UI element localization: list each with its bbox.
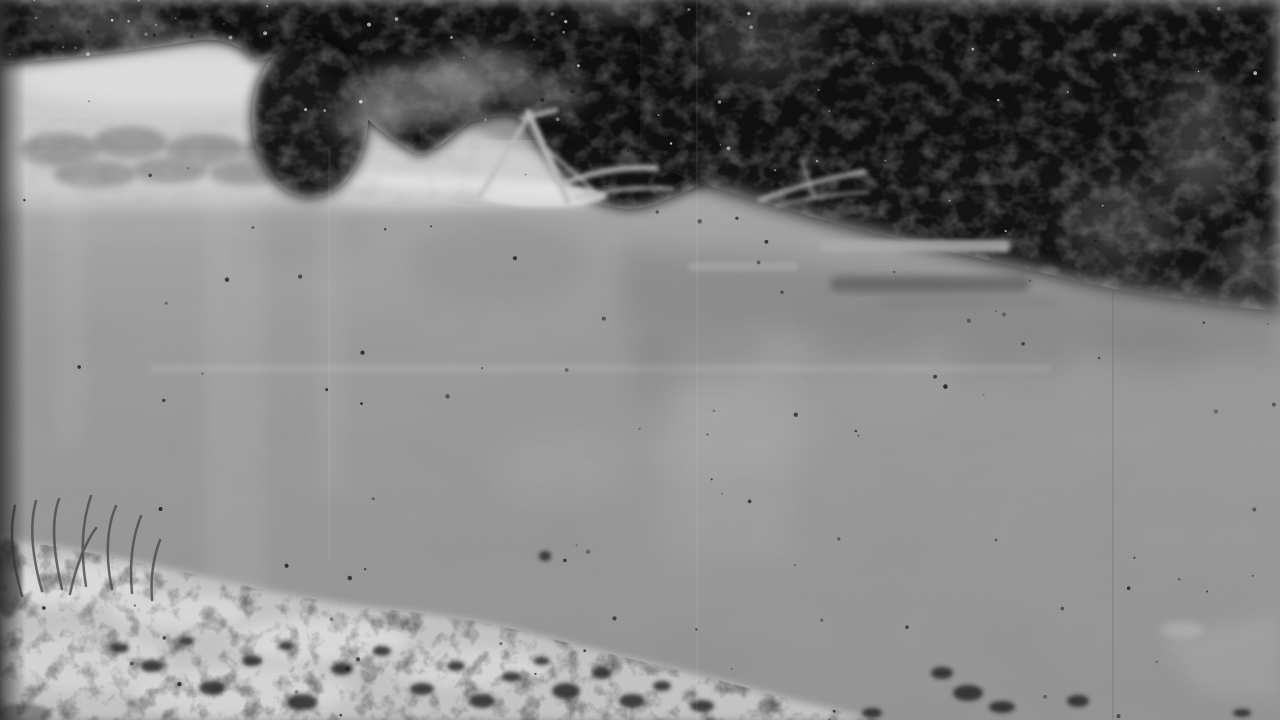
frame-edge-vignette [0, 0, 26, 720]
film-still-photo [0, 0, 1280, 720]
film-grain-overlay [0, 0, 1280, 720]
creek-scene [0, 0, 1280, 720]
